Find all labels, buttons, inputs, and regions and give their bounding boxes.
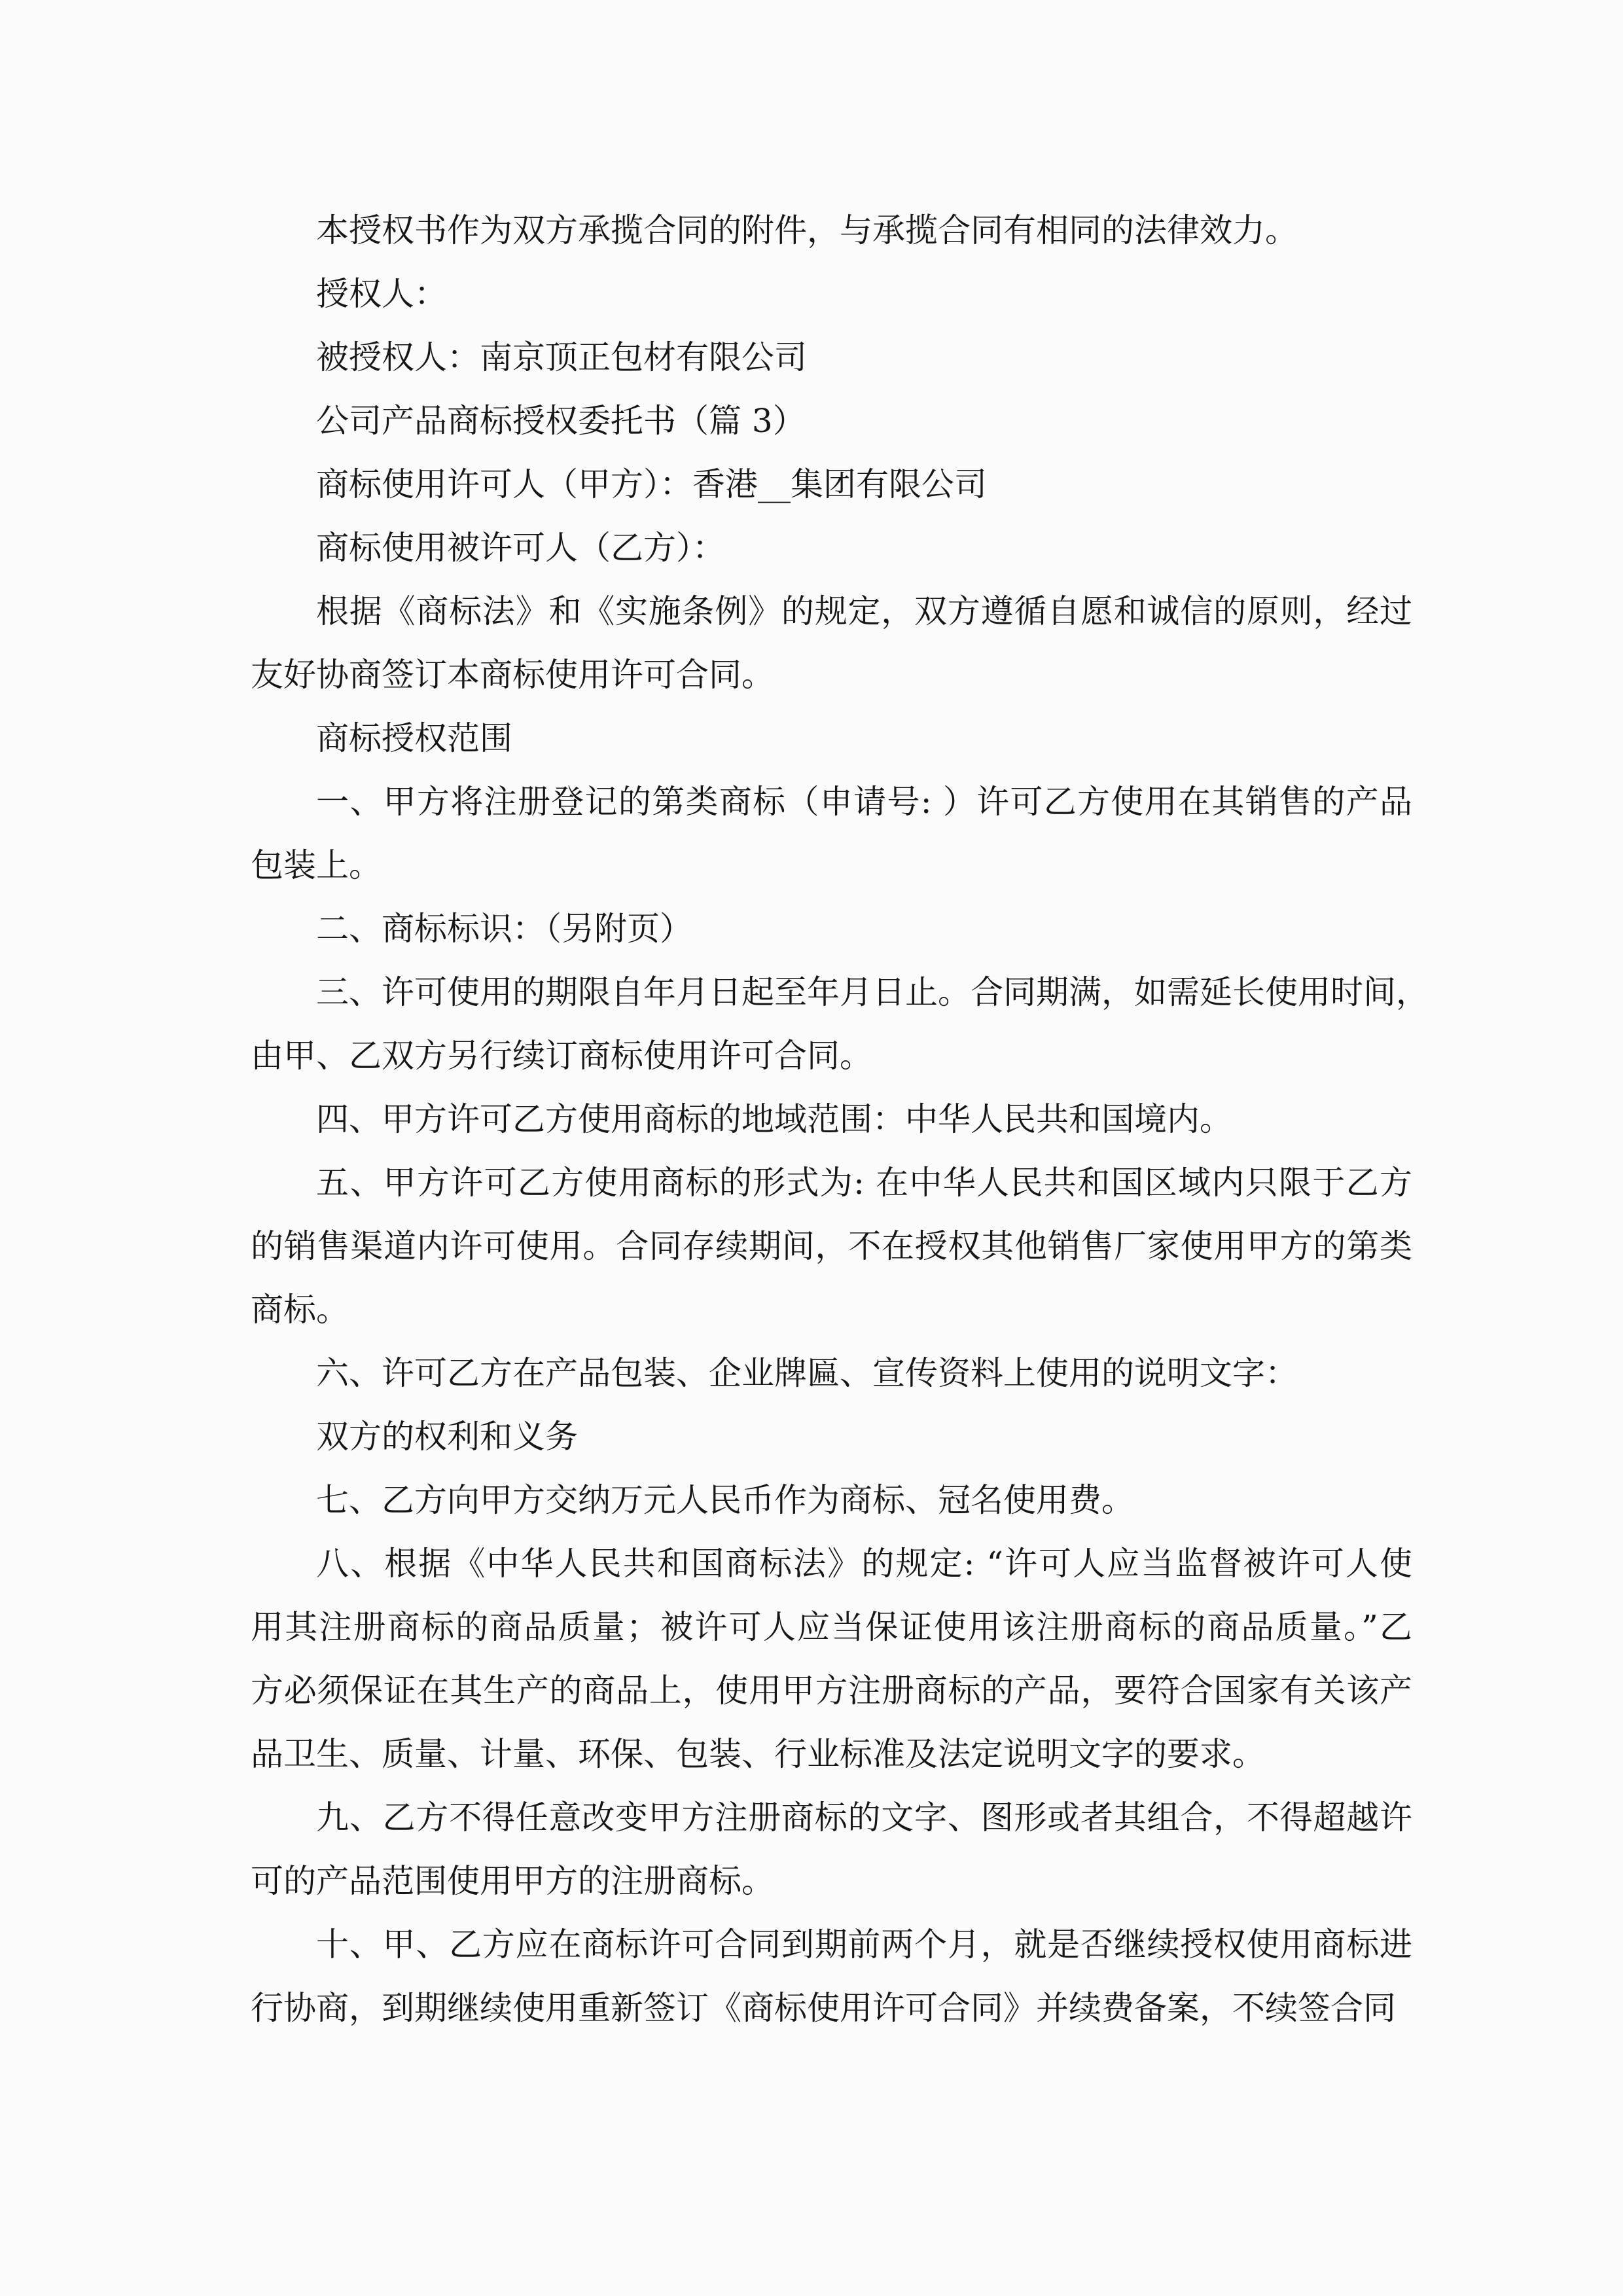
text-line: 品卫生、质量、计量、环保、包装、行业标准及法定说明文字的要求。	[251, 1723, 1412, 1786]
text-line: 可的产品范围使用甲方的注册商标。	[251, 1850, 1412, 1913]
text-line: 被授权人：南京顶正包材有限公司	[251, 326, 1412, 389]
text-line: 友好协商签订本商标使用许可合同。	[251, 643, 1412, 707]
text-line: 七、乙方向甲方交纳万元人民币作为商标、冠名使用费。	[251, 1469, 1412, 1532]
text-line: 本授权书作为双方承揽合同的附件，与承揽合同有相同的法律效力。	[251, 199, 1412, 262]
text-line: 九、乙方不得任意改变甲方注册商标的文字、图形或者其组合，不得超越许	[251, 1786, 1412, 1850]
text-line: 方必须保证在其生产的商品上，使用甲方注册商标的产品，要符合国家有关该产	[251, 1659, 1412, 1723]
text-line: 用其注册商标的商品质量；被许可人应当保证使用该注册商标的商品质量。”乙	[251, 1596, 1412, 1659]
document-text-block: 本授权书作为双方承揽合同的附件，与承揽合同有相同的法律效力。 授权人： 被授权人…	[251, 199, 1412, 2040]
text-line: 商标使用许可人（甲方）：香港__集团有限公司	[251, 453, 1412, 516]
text-line: 公司产品商标授权委托书（篇 3）	[251, 389, 1412, 453]
text-line: 一、甲方将注册登记的第类商标（申请号: ）许可乙方使用在其销售的产品	[251, 770, 1412, 834]
text-line: 十、甲、乙方应在商标许可合同到期前两个月，就是否继续授权使用商标进	[251, 1913, 1412, 1977]
text-line: 由甲、乙双方另行续订商标使用许可合同。	[251, 1024, 1412, 1088]
text-line: 商标。	[251, 1278, 1412, 1342]
document-page: 本授权书作为双方承揽合同的附件，与承揽合同有相同的法律效力。 授权人： 被授权人…	[0, 0, 1623, 2296]
text-line: 包装上。	[251, 834, 1412, 897]
text-line: 双方的权利和义务	[251, 1405, 1412, 1469]
text-line: 的销售渠道内许可使用。合同存续期间，不在授权其他销售厂家使用甲方的第类	[251, 1215, 1412, 1278]
text-line: 六、许可乙方在产品包装、企业牌匾、宣传资料上使用的说明文字：	[251, 1342, 1412, 1405]
text-line: 行协商，到期继续使用重新签订《商标使用许可合同》并续费备案，不续签合同	[251, 1977, 1412, 2040]
text-line: 四、甲方许可乙方使用商标的地域范围：中华人民共和国境内。	[251, 1088, 1412, 1151]
text-line: 商标使用被许可人（乙方）：	[251, 516, 1412, 580]
text-line: 三、许可使用的期限自年月日起至年月日止。合同期满，如需延长使用时间，	[251, 961, 1412, 1024]
text-line: 商标授权范围	[251, 707, 1412, 770]
text-line: 二、商标标识：（另附页）	[251, 897, 1412, 961]
text-line: 五、甲方许可乙方使用商标的形式为: 在中华人民共和国区域内只限于乙方	[251, 1151, 1412, 1215]
text-line: 授权人：	[251, 262, 1412, 326]
text-line: 根据《商标法》和《实施条例》的规定，双方遵循自愿和诚信的原则，经过	[251, 580, 1412, 643]
text-line: 八、根据《中华人民共和国商标法》的规定: “许可人应当监督被许可人使	[251, 1532, 1412, 1596]
